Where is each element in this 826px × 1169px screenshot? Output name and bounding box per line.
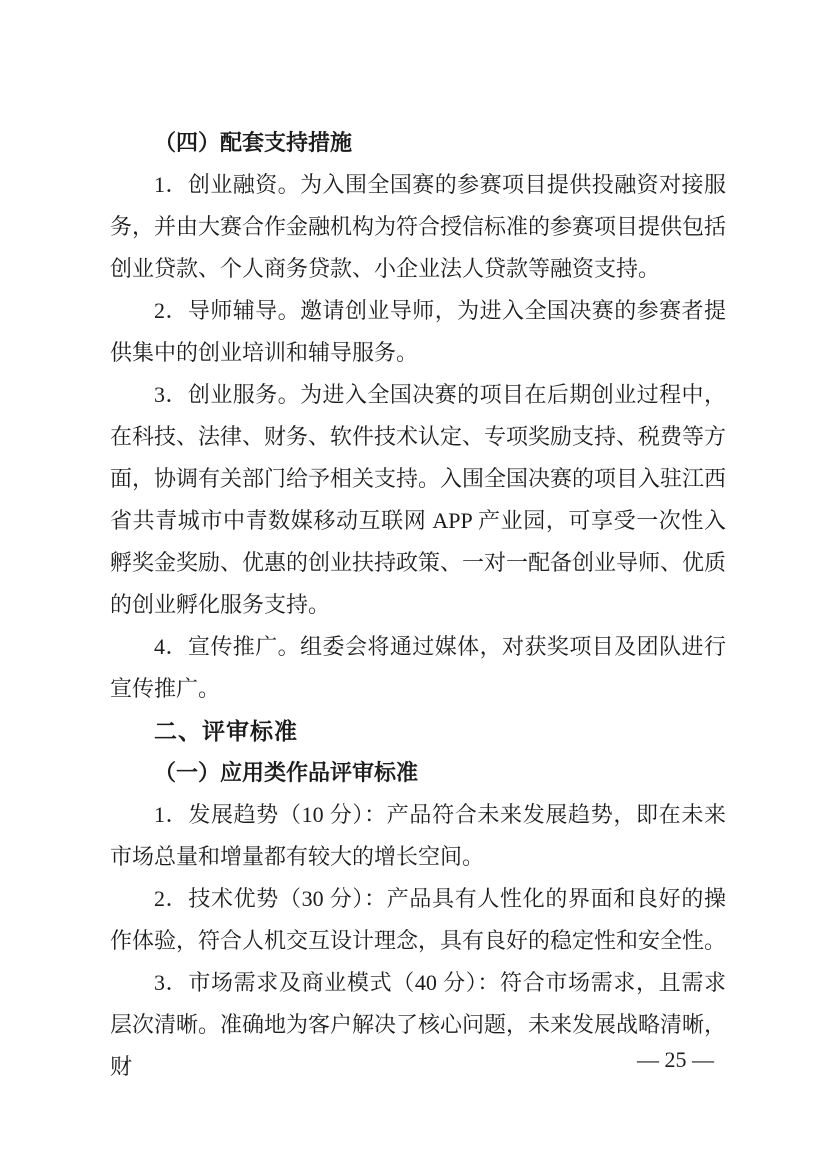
paragraph-mentor-guidance: 2．导师辅导。邀请创业导师，为进入全国决赛的参赛者提供集中的创业培训和辅导服务。 [110, 290, 726, 374]
section-heading-supporting-measures: （四）配套支持措施 [110, 122, 726, 164]
paragraph-startup-financing: 1．创业融资。为入围全国赛的参赛项目提供投融资对接服务，并由大赛合作金融机构为符… [110, 164, 726, 290]
page-number: — 25 — [637, 1046, 714, 1074]
paragraph-technical-advantage: 2．技术优势（30 分）：产品具有人性化的界面和良好的操作体验，符合人机交互设计… [110, 878, 726, 962]
paragraph-startup-services: 3．创业服务。为进入全国决赛的项目在后期创业过程中，在科技、法律、财务、软件技术… [110, 374, 726, 626]
paragraph-publicity-promotion: 4．宣传推广。组委会将通过媒体，对获奖项目及团队进行宣传推广。 [110, 626, 726, 710]
paragraph-development-trend: 1．发展趋势（10 分）：产品符合未来发展趋势，即在未来市场总量和增量都有较大的… [110, 794, 726, 878]
document-body: （四）配套支持措施 1．创业融资。为入围全国赛的参赛项目提供投融资对接服务，并由… [110, 122, 726, 1088]
subsection-heading-app-works-criteria: （一）应用类作品评审标准 [110, 752, 726, 794]
document-page: （四）配套支持措施 1．创业融资。为入围全国赛的参赛项目提供投融资对接服务，并由… [0, 0, 826, 1169]
section-heading-review-criteria: 二、评审标准 [110, 710, 726, 752]
paragraph-market-demand: 3．市场需求及商业模式（40 分）：符合市场需求，且需求层次清晰。准确地为客户解… [110, 962, 726, 1088]
